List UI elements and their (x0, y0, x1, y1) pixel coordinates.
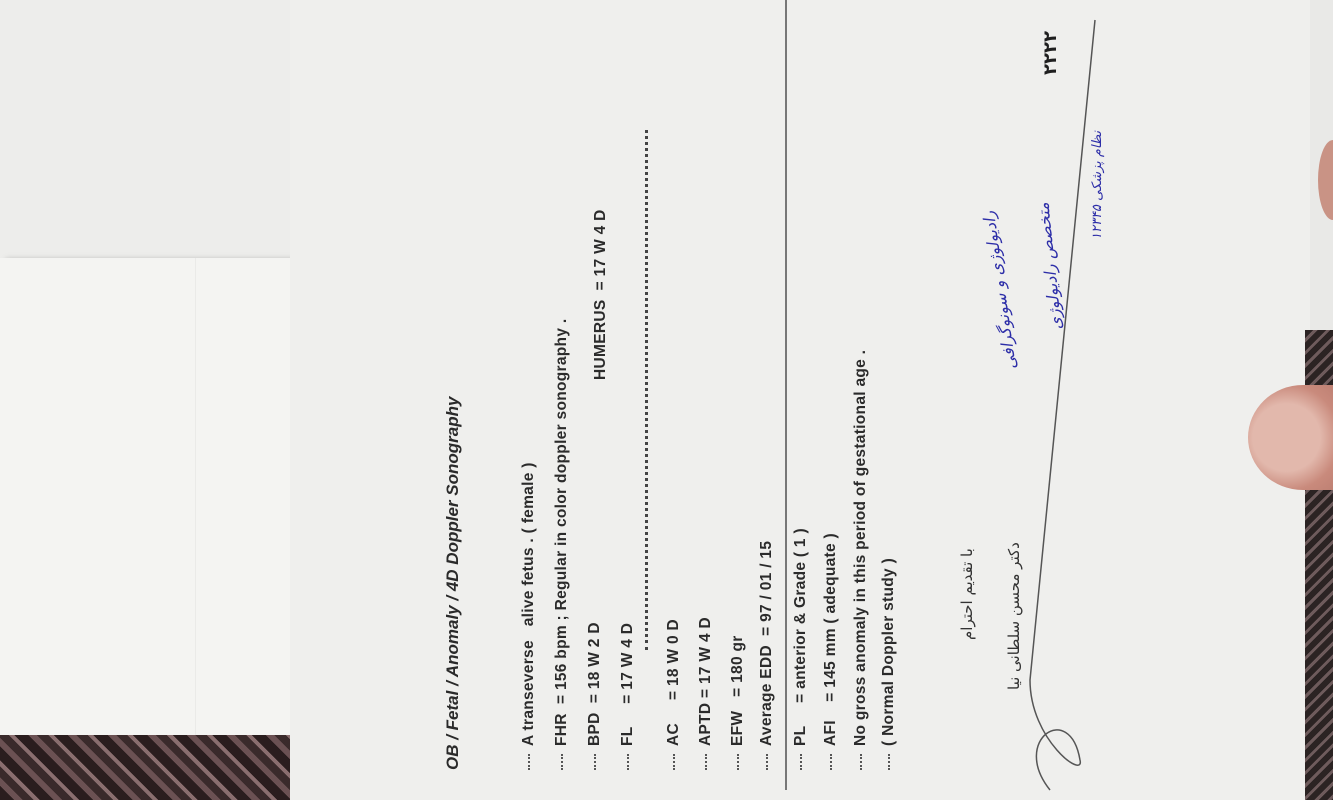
placenta-line: PL = anterior & Grade ( 1 ) (792, 528, 810, 770)
measurement-line: EFW = 180 gr (729, 635, 747, 770)
finding-line: FHR = 156 bpm ; Regular in color doppler… (553, 319, 571, 770)
measurement-line: APTD = 17 W 4 D (697, 617, 715, 770)
sonography-report: OB / Fetal / Anomaly / 4D Doppler Sonogr… (0, 0, 1333, 800)
conclusion-line: No gross anomaly in this period of gesta… (852, 350, 870, 770)
humerus-line: HUMERUS = 17 W 4 D (592, 209, 610, 380)
finding-line: A transeverse alive fetus . ( female ) (520, 462, 538, 770)
finding-line: BPD = 18 W 2 D (586, 622, 604, 770)
measurement-line: Average EDD = 97 / 01 / 15 (758, 541, 776, 770)
signature-stroke (990, 0, 1110, 800)
report-title: OB / Fetal / Anomaly / 4D Doppler Sonogr… (443, 397, 463, 770)
finding-line: FL = 17 W 4 D (619, 623, 637, 770)
solid-separator (785, 0, 787, 790)
dotted-separator (645, 130, 648, 650)
conclusion-line: ( Normal Doppler study ) (880, 558, 898, 770)
afi-line: AFI = 145 mm ( adequate ) (822, 533, 840, 770)
handwritten-stamp-line3: نظام پزشکی ۱۲۳۴۵ (1090, 131, 1105, 240)
page-number: ۲۲۲۲ (1040, 31, 1061, 75)
regards-text: با تقدیم احترام (958, 548, 976, 640)
measurement-line: AC = 18 W 0 D (665, 619, 683, 770)
